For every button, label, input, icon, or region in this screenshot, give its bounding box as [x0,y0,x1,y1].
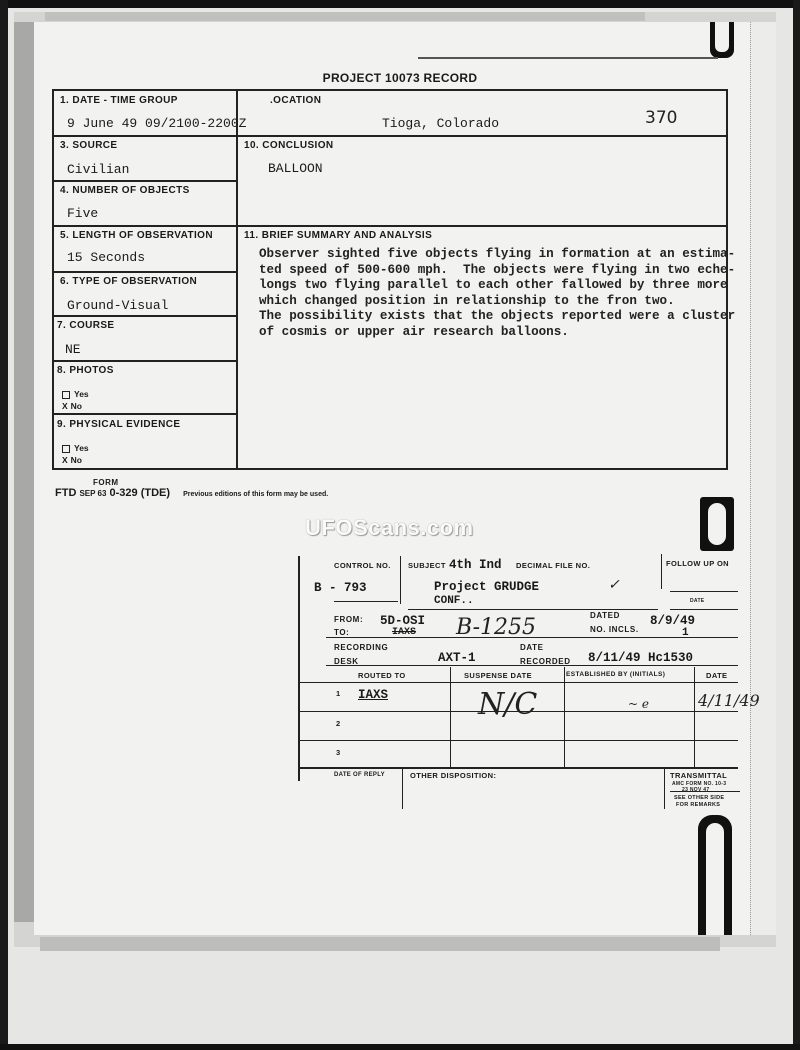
recording-label: RECORDING [334,643,388,652]
control-no-value: B - 793 [314,581,367,595]
summary-text: Observer sighted five objects flying in … [259,247,729,340]
see-other-side: SEE OTHER SIDE [674,795,724,801]
source-value: Civilian [67,162,129,177]
physical-evidence-yes-checkbox[interactable]: Yes [62,443,89,453]
form-number: 0-329 (TDE) [110,487,171,499]
suspense-value: N/C [478,687,537,722]
no-incls-value: 1 [682,627,689,639]
photos-yes-checkbox[interactable]: Yes [62,389,89,399]
control-no-label: CONTROL NO. [334,561,391,570]
registration-mark-bottom [698,815,732,935]
col-date: DATE [706,671,727,680]
form-divider [52,271,238,273]
control-slip: CONTROL NO. SUBJECT 4th Ind DECIMAL FILE… [298,551,750,811]
follow-up-label: FOLLOW UP ON [666,559,729,568]
sheet-right-strip [750,22,776,935]
number-of-objects-value: Five [67,206,98,221]
row-number: 1 [336,689,341,698]
to-label: TO: [334,628,349,637]
form-title: PROJECT 10073 RECORD [290,71,510,85]
col-routed-to: ROUTED TO [358,671,406,680]
desk-value: AXT-1 [438,651,476,665]
scan-border-left [0,0,8,1050]
date-time-group-value: 9 June 49 09/2100-2200Z [67,116,246,131]
conclusion-label: 10. CONCLUSION [244,140,334,151]
sheet-shadow-left [14,22,36,922]
registration-mark-middle [700,497,734,551]
initials-value: ~ e [628,697,649,711]
date-of-reply-label: DATE OF REPLY [334,772,385,778]
physical-evidence-label: 9. PHYSICAL EVIDENCE [57,419,180,430]
subject-line3: CONF.. [434,595,474,607]
follow-up-date-label: DATE [690,598,704,604]
sheet-shadow-bottom [40,937,720,951]
dated-value: 8/9/49 [650,614,695,628]
case-number: 370 [645,108,677,128]
scan-border-right [793,0,800,1050]
amc-date: 23 NOV 47 [682,787,709,793]
course-value: NE [65,342,81,357]
date-time-group-label: 1. DATE - TIME GROUP [60,95,178,106]
for-remarks: FOR REMARKS [676,802,720,808]
length-of-observation-value: 15 Seconds [67,250,145,265]
col-suspense-date: SUSPENSE DATE [464,671,532,680]
checkmark-icon: ✓ [608,577,620,593]
form-divider [52,180,238,182]
from-label: FROM: [334,615,363,624]
watermark: UFOScans.com [305,515,474,541]
form-date: SEP 63 [79,489,106,498]
decimal-file-label: DECIMAL FILE NO. [516,561,590,570]
form-divider [52,360,238,362]
location-label: .OCATION [270,95,321,106]
source-label: 3. SOURCE [60,140,118,151]
form-id: FTD [55,487,76,499]
subject-line2: Project GRUDGE [434,580,539,594]
form-footer: FTD SEP 63 0-329 (TDE) Previous editions… [55,487,328,499]
date-label: DATE [520,643,544,652]
faded-header-text [58,54,718,58]
form-divider [52,225,728,227]
subject-label: SUBJECT [408,561,446,570]
dated-label: DATED [590,611,620,620]
other-disposition-label: OTHER DISPOSITION: [410,771,496,780]
handwritten-ref: B-1255 [456,615,536,640]
form-divider [52,315,238,317]
row-number: 3 [336,748,341,757]
registration-mark-top [710,22,734,58]
subject-line1: 4th Ind [449,558,502,572]
physical-evidence-no-checkbox[interactable]: XNo [62,455,82,465]
form-footer-label: FORM [93,478,119,487]
form-divider [52,413,238,415]
col-established-by: ESTABLISHED BY (INITIALS) [566,671,665,678]
number-of-objects-label: 4. NUMBER OF OBJECTS [60,185,190,196]
recorded-label: RECORDED [520,657,571,666]
row-number: 2 [336,719,341,728]
date-value: 4/11/49 [698,691,760,710]
to-value: IAXS [392,627,416,638]
from-value: 5D-OSI [380,614,425,628]
form-divider [52,135,728,137]
recorded-value: 8/11/49 Hc1530 [588,651,693,665]
location-value: Tioga, Colorado [382,116,499,131]
routed-to-value: IAXS [358,688,388,702]
no-incls-label: NO. INCLS. [590,625,639,634]
form-note: Previous editions of this form may be us… [183,491,328,498]
type-of-observation-value: Ground-Visual [67,298,168,313]
conclusion-value: BALLOON [268,161,323,176]
course-label: 7. COURSE [57,320,115,331]
sheet-shadow-top [45,12,645,21]
type-of-observation-label: 6. TYPE OF OBSERVATION [60,276,197,287]
length-of-observation-label: 5. LENGTH OF OBSERVATION [60,230,213,241]
photos-no-checkbox[interactable]: XNo [62,401,82,411]
photos-label: 8. PHOTOS [57,365,114,376]
desk-label: DESK [334,657,359,666]
summary-label: 11. BRIEF SUMMARY AND ANALYSIS [244,230,432,241]
transmittal-label: TRANSMITTAL [670,771,727,780]
scan-border-top [0,0,800,8]
scan-border-bottom [0,1044,800,1050]
